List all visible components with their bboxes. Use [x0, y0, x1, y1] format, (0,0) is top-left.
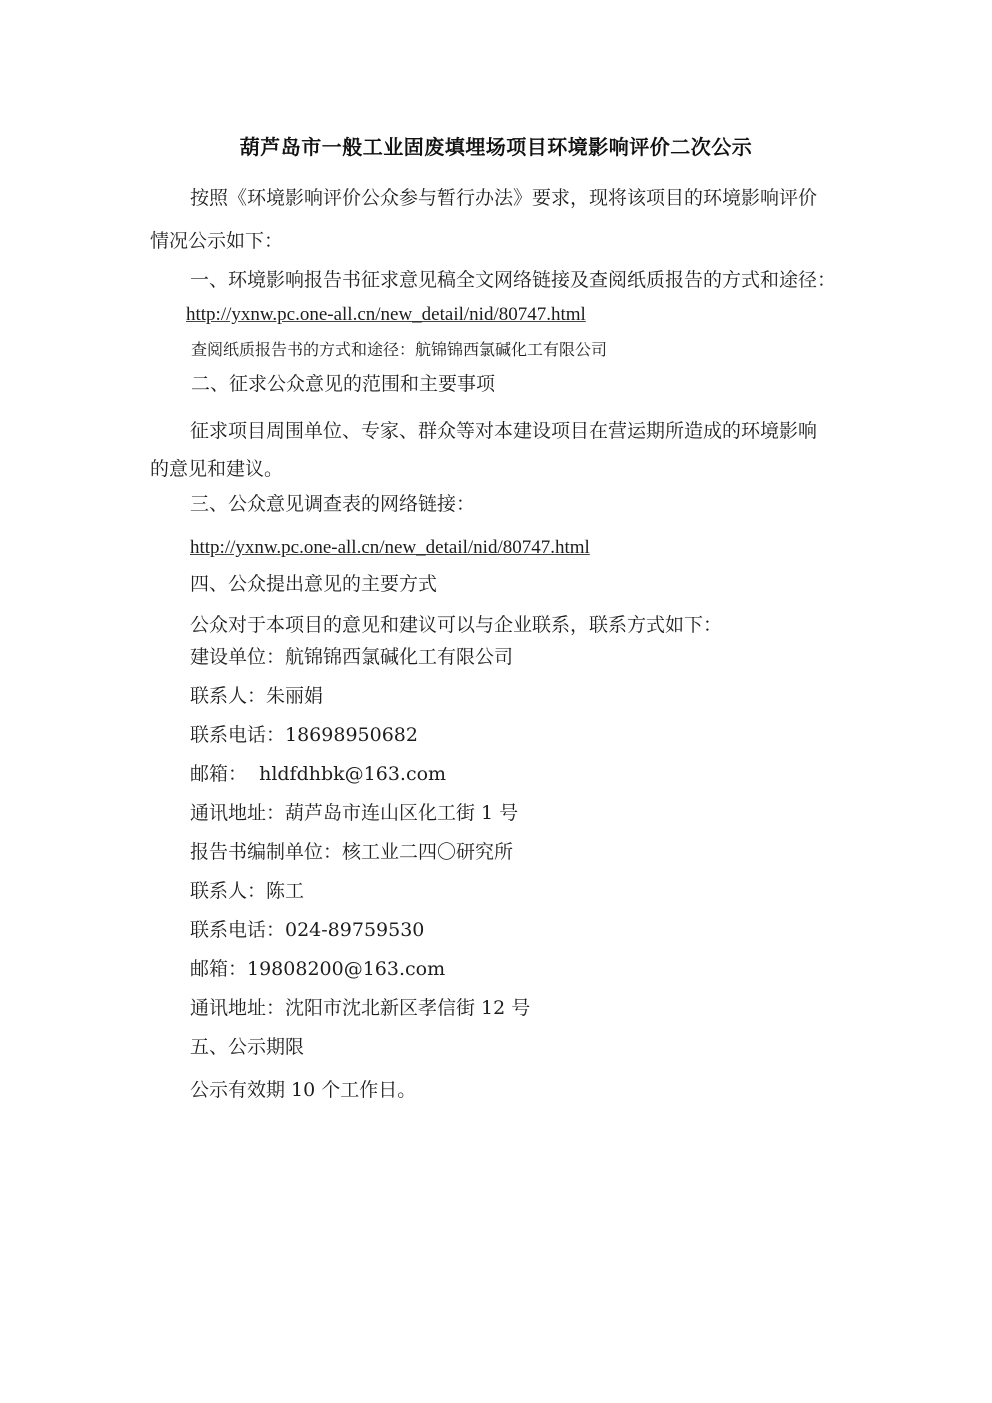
intro-line-2: 情况公示如下： — [150, 229, 283, 253]
document-page: 葫芦岛市一般工业固废填埋场项目环境影响评价二次公示 按照《环境影响评价公众参与暂… — [0, 0, 992, 1403]
preparer-contact: 联系人：陈工 — [190, 879, 304, 903]
builder-phone: 联系电话：18698950682 — [190, 723, 418, 747]
section5-heading: 五、公示期限 — [190, 1035, 304, 1059]
section4-heading: 四、公众提出意见的主要方式 — [190, 572, 437, 596]
preparer-address: 通讯地址：沈阳市沈北新区孝信街 12 号 — [190, 996, 530, 1020]
survey-form-link[interactable]: http://yxnw.pc.one-all.cn/new_detail/nid… — [190, 537, 590, 558]
section1-heading: 一、环境影响报告书征求意见稿全文网络链接及查阅纸质报告的方式和途径： — [190, 268, 836, 292]
report-fulltext-link[interactable]: http://yxnw.pc.one-all.cn/new_detail/nid… — [186, 304, 586, 325]
preparer-unit: 报告书编制单位：核工业二四〇研究所 — [190, 840, 513, 864]
section5-body: 公示有效期 10 个工作日。 — [190, 1078, 416, 1102]
section2-body-line-1: 征求项目周围单位、专家、群众等对本建设项目在营运期所造成的环境影响 — [190, 419, 817, 443]
preparer-email: 邮箱：19808200@163.com — [190, 957, 445, 981]
section2-body-line-2: 的意见和建议。 — [150, 457, 283, 481]
section3-heading: 三、公众意见调查表的网络链接： — [190, 492, 475, 516]
preparer-phone: 联系电话：024-89759530 — [190, 918, 424, 942]
builder-address: 通讯地址：葫芦岛市连山区化工街 1 号 — [190, 801, 518, 825]
builder-email: 邮箱： hldfdhbk@163.com — [190, 762, 446, 786]
builder-contact: 联系人：朱丽娟 — [190, 684, 323, 708]
section2-heading: 二、征求公众意见的范围和主要事项 — [191, 372, 495, 396]
section4-intro: 公众对于本项目的意见和建议可以与企业联系，联系方式如下： — [190, 613, 722, 637]
intro-line-1: 按照《环境影响评价公众参与暂行办法》要求，现将该项目的环境影响评价 — [190, 186, 817, 210]
paper-access-info: 查阅纸质报告书的方式和途径：航锦锦西氯碱化工有限公司 — [191, 338, 607, 362]
document-title: 葫芦岛市一般工业固废填埋场项目环境影响评价二次公示 — [0, 133, 992, 161]
builder-unit: 建设单位：航锦锦西氯碱化工有限公司 — [190, 645, 513, 669]
